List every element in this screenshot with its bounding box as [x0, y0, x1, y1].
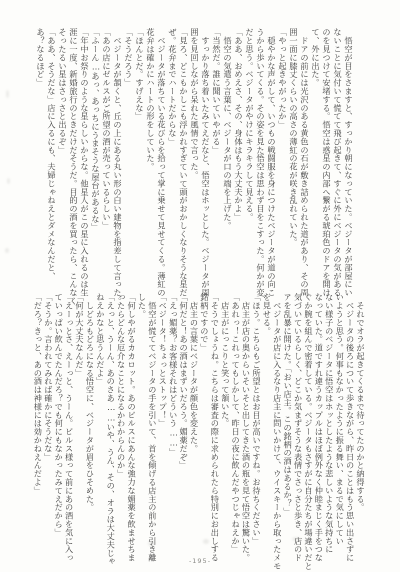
text-column: て、外に出た。 [310, 28, 321, 288]
text-column: 店主の言葉にベジータが顔色を変えた。 [189, 293, 199, 555]
text-block-bottom: それでオラが起きてくるまで待ってたのかと納得する。 ベジータの後ろについて歩きな… [33, 293, 366, 555]
text-column: 「見ろ、どこもかしこも浮かれすぎていて頭がおかしくなりそうな星だ [178, 28, 189, 288]
text-column: 囲を見回しながら呆れた風情で言った。 [189, 28, 200, 288]
scan-artifact [5, 248, 9, 253]
text-column: 「ほんとだ。すげえな」 [134, 28, 145, 288]
text-column: 「ふーん…あっ、あっちにうまそうな屋台があるな」 [90, 28, 101, 288]
text-column: ベジータの後ろについて歩きながら、昨日のことはもう思い出さずに [345, 293, 355, 555]
scan-artifact [6, 90, 9, 98]
text-column: 「年中お祭りのような星らしいからな。他星人がこの星に入れるのは生 [79, 28, 90, 288]
scan-artifact [148, 541, 155, 546]
text-column: 銘柄ですので」 [200, 293, 210, 555]
text-column: ベジータが落ちている花びらを拾って掌に乗せて見せてくる。薄紅の [156, 28, 167, 288]
text-column: うから歩いてくる。その姿を見た悟空は思わず目をこすった。何かが変 [255, 28, 266, 288]
text-column: 「えっ媚薬？お客様それはどういう……」 [168, 293, 178, 555]
text-column: そったるい星はさっさと出るぞ」 [57, 28, 68, 288]
scan-artifact [203, 539, 209, 544]
text-column: 「あれっ！これってもしかして、昨日の夜に飲んだやつじゃねえか」 [231, 293, 241, 555]
text-column: 悟空が慌ててベジータの手を引いて、首を傾げる店主の前から引き離 [147, 293, 157, 555]
text-column: 花弁は確かにハートの形をしていた。 [145, 28, 156, 288]
text-column: 「えっと、うーん、あのさあ……いや、うん、その、オラは大丈夫じゃ [106, 293, 116, 555]
text-column: ったらどんな厄介なことになるかわからんのか」 [116, 293, 126, 555]
text-column: 「あの店にゼルスがご所望の酒が売っているらしい」 [101, 28, 112, 288]
text-column: 「そうか。言われてみれば確かにそうだな」 [43, 293, 53, 555]
text-column: 穏やかな声がして、いつもの戦闘服を身につけたベジータが道の向こ [266, 28, 277, 288]
text-column: ベジータが頷くと、丘の上にある丸い形の白い建物を指差して言った。 [112, 28, 123, 288]
text-column: ない様子のベジータに悟空はホッとしたような悲しいような気持ちに [324, 293, 334, 555]
text-column: 店主が店の奥からいそいそと出してきた酒の瓶を見て悟空は驚いた。 [241, 293, 251, 555]
text-column: 涯に一度、新婚旅行のときだけだそうだ。目的の酒を買ったら、こんなく [68, 28, 79, 288]
text-column: ていっぱい飲んでたんだろ？でも何にもなかったみてえだから」 [54, 293, 64, 555]
text-column: した。 [137, 293, 147, 555]
text-column: 「ああ、おめえさ、その、身体はもう大丈夫かよ」 [233, 28, 244, 288]
text-column: のを見つけて安堵する。悟空は惑星の内部へ繋がる琥珀色のドアを開け [321, 28, 332, 288]
text-column: 「ベジータ！ちょっとストップ！」 [158, 293, 168, 555]
text-block-top: 悟空が目をさますと、すっかり朝になっていた。ベジータが部屋にいないことに気付いて… [35, 28, 354, 288]
text-column: アを乱暴に開けた。「おい店主。この銘柄の酒はあるか？」 [283, 293, 293, 555]
text-column: 「やっと起きやがったか」 [277, 28, 288, 288]
text-column: なっていた。道ですれ違うカップルはほぼ例外なく仲睦まじく手をつな [314, 293, 324, 555]
text-column: 悟空が目をさますと、すっかり朝になっていた。ベジータが部屋にい [343, 28, 354, 288]
text-column: だと思う。ベジータがやけにキラキラして見える。 [244, 28, 255, 288]
text-column: それでオラが起きてくるまで待ってたのかと納得する。 [356, 293, 366, 555]
text-column: 「そうだろう」 [123, 28, 134, 288]
text-column: ないことに気付いて慌てて飛び起きて、すぐに外にベジータの気がある [332, 28, 343, 288]
text-column: 「そうでしょうね。こちらは審査の際に求められたら特別にお出しする [210, 293, 220, 555]
text-column: いようと思う。何事もなかったように振る舞い、まるで気にしてい [335, 293, 345, 555]
text-column: ぐか腕を組んで密着している。ベジータもさすがに自分たちが場違いだと [304, 293, 314, 555]
text-column: 気づいているらしく、どこか気まずそうな表情でさっさと歩き、店のド [293, 293, 303, 555]
page-number: -195- [0, 557, 400, 565]
text-column: ぜ。花弁までハートだからな」 [167, 28, 178, 288]
text-column: すっかり落ち着いたみてえだなと、悟空はホッとした。ベジータが周 [200, 28, 211, 288]
text-column: 囲一面に膝丈くらいの高さの薄紅の花が咲き乱れていた。 [288, 28, 299, 288]
text-column: ドアの前には光沢のある黄色の石が敷き詰められた道があり、その周 [299, 28, 310, 288]
text-column: 「当然だ。誰に聞いていやがる」 [211, 28, 222, 288]
book-page: 悟空が目をさますと、すっかり朝になっていた。ベジータが部屋にいないことに気付いて… [0, 0, 400, 572]
scan-artifact [292, 537, 301, 541]
text-column: ベジータが店に入るなり店主に問いかけて、ウイスキーから取ったメモ [272, 293, 282, 555]
text-column: ねえかなと思うんだよ」 [95, 293, 105, 555]
text-column: あ？なるほど」 [35, 28, 46, 288]
text-column: 「何だと！あの酒はまずいだろう。媚薬だぞ」 [179, 293, 189, 555]
text-column: 「ああ、そうだな」店に入るにも、夫婦じゃねえとダメなんだと、 [46, 28, 57, 288]
text-column: 「だろ？きっと、あの酒は神様には効かねえんだよ」 [33, 293, 43, 555]
text-column: しどろもどろになる悟空に、ベジータが眉をひそめた。 [85, 293, 95, 555]
text-column: 「えーっとさ、えーっと、うーん。ビルス様って前にあの酒を気に入っ [64, 293, 74, 555]
text-column: 店主がにっこりと笑って頷いた。 [220, 293, 230, 555]
text-column: 「何が大丈夫なんだ」 [75, 293, 85, 555]
text-column: 「何しやがるカカロット。あのビルスにあんな強力な媚薬を飲ませちま [127, 293, 137, 555]
text-column: 悟空の気遣う言葉に、ベジータが口の端を上げた。 [222, 28, 233, 288]
text-column: を見せる。 [262, 293, 272, 555]
scan-artifact [7, 178, 10, 184]
text-column: 「ほう。こちらもご所望とはお目が高いですね。お待ちください」 [252, 293, 262, 555]
